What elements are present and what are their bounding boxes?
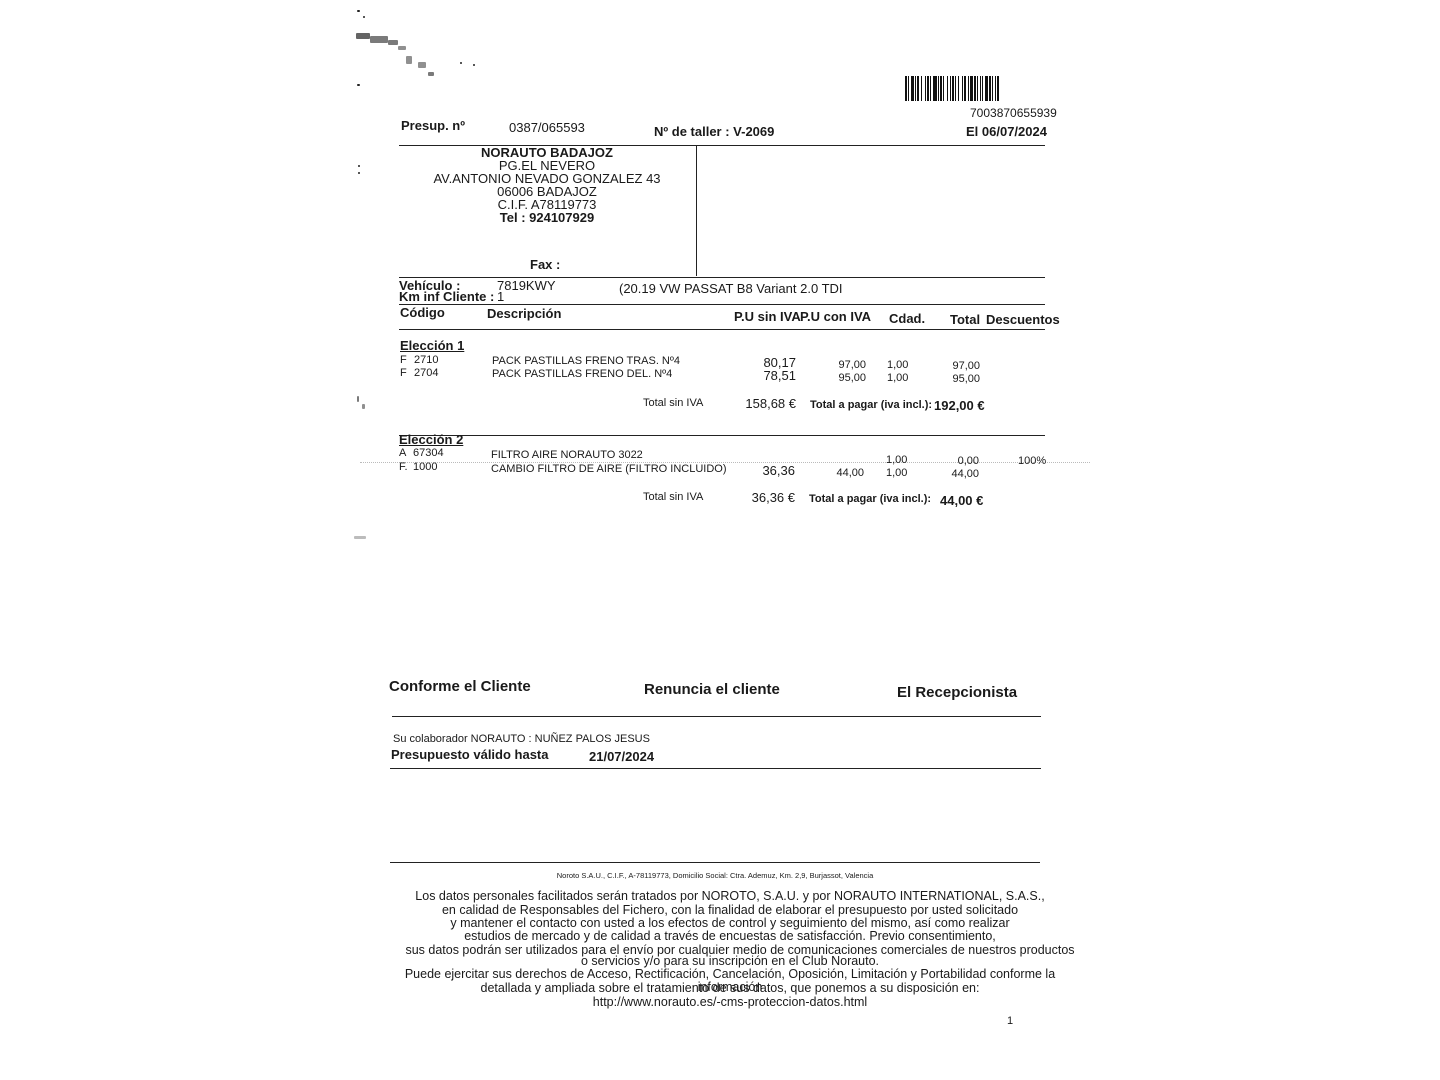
code-type: F xyxy=(400,367,407,379)
shop-fax: Fax : xyxy=(530,257,560,272)
valid-until-date: 21/07/2024 xyxy=(589,749,654,764)
pu-sin-iva: 36,36 xyxy=(739,463,795,478)
page-number: 1 xyxy=(1007,1015,1013,1027)
total-sin-iva: 158,68 € xyxy=(730,396,796,411)
total-sin-iva-label: Total sin IVA xyxy=(643,397,703,409)
code-type: F. xyxy=(399,461,408,473)
description: CAMBIO FILTRO DE AIRE (FILTRO INCLUIDO) xyxy=(491,463,727,475)
legal-line: detallada y ampliada sobre el tratamient… xyxy=(380,982,1080,995)
group-title: Elección 1 xyxy=(400,338,464,353)
col-codigo: Código xyxy=(400,305,445,320)
total-pagar-label: Total a pagar (iva incl.): xyxy=(809,493,931,505)
code: 67304 xyxy=(413,447,444,459)
col-pu-con-iva: P.U con IVA xyxy=(800,309,871,324)
description: PACK PASTILLAS FRENO DEL. Nº4 xyxy=(492,368,672,380)
cdad: 1,00 xyxy=(886,467,907,479)
total-pagar-label: Total a pagar (iva incl.): xyxy=(810,399,932,411)
discount: 100% xyxy=(1018,455,1046,467)
code-type: F xyxy=(400,354,407,366)
vehicle-description: (20.19 VW PASSAT B8 Variant 2.0 TDI xyxy=(619,281,843,296)
privacy-url[interactable]: http://www.norauto.es/-cms-proteccion-da… xyxy=(380,996,1080,1009)
total: 95,00 xyxy=(940,373,980,385)
pu-con-iva: 95,00 xyxy=(820,372,866,384)
presup-number: 0387/065593 xyxy=(509,120,585,135)
total-sin-iva-label: Total sin IVA xyxy=(643,491,703,503)
cdad: 1,00 xyxy=(886,454,907,466)
barcode-number: 7003870655939 xyxy=(970,106,1057,120)
vehicle-plate: 7819KWY xyxy=(497,278,556,293)
total: 0,00 xyxy=(939,455,979,467)
description: FILTRO AIRE NORAUTO 3022 xyxy=(491,449,643,461)
taller-number: Nº de taller : V-2069 xyxy=(654,124,774,139)
col-cdad: Cdad. xyxy=(889,311,925,326)
shop-address-block: NORAUTO BADAJOZ PG.EL NEVERO AV.ANTONIO … xyxy=(399,146,695,224)
document-date: El 06/07/2024 xyxy=(966,124,1047,139)
code: 2710 xyxy=(414,354,438,366)
total-sin-iva: 36,36 € xyxy=(729,490,795,505)
collaborator: Su colaborador NORAUTO : NUÑEZ PALOS JES… xyxy=(393,733,650,745)
km-label: Km inf Cliente : xyxy=(399,289,494,304)
shop-tel: Tel : 924107929 xyxy=(399,211,695,224)
cdad: 1,00 xyxy=(887,372,908,384)
signature-receptionist-label: El Recepcionista xyxy=(897,684,1017,701)
code-type: A xyxy=(399,447,406,459)
pu-con-iva: 44,00 xyxy=(818,467,864,479)
code: 1000 xyxy=(413,461,437,473)
total: 97,00 xyxy=(940,360,980,372)
total-pagar: 192,00 € xyxy=(934,398,985,413)
company-legal-line: Noroto S.A.U., C.I.F., A-78119773, Domic… xyxy=(390,871,1040,880)
legal-line: Los datos personales facilitados serán t… xyxy=(380,890,1080,903)
presup-label: Presup. nº xyxy=(401,118,465,133)
col-descripcion: Descripción xyxy=(487,306,561,321)
pu-con-iva: 97,00 xyxy=(820,359,866,371)
group-title: Elección 2 xyxy=(399,432,463,447)
signature-client-label: Conforme el Cliente xyxy=(389,678,531,695)
col-descuentos: Descuentos xyxy=(986,312,1060,327)
km-value: 1 xyxy=(497,289,504,304)
col-pu-sin-iva: P.U sin IVA xyxy=(734,309,801,324)
code: 2704 xyxy=(414,367,438,379)
cdad: 1,00 xyxy=(887,359,908,371)
barcode xyxy=(905,76,1045,101)
total: 44,00 xyxy=(939,468,979,480)
total-pagar: 44,00 € xyxy=(940,493,983,508)
description: PACK PASTILLAS FRENO TRAS. Nº4 xyxy=(492,355,680,367)
legal-line: estudios de mercado y de calidad a travé… xyxy=(380,930,1080,943)
valid-until-label: Presupuesto válido hasta xyxy=(391,747,549,762)
pu-sin-iva: 78,51 xyxy=(740,368,796,383)
signature-refusal-label: Renuncia el cliente xyxy=(644,681,780,698)
col-total: Total xyxy=(950,312,980,327)
